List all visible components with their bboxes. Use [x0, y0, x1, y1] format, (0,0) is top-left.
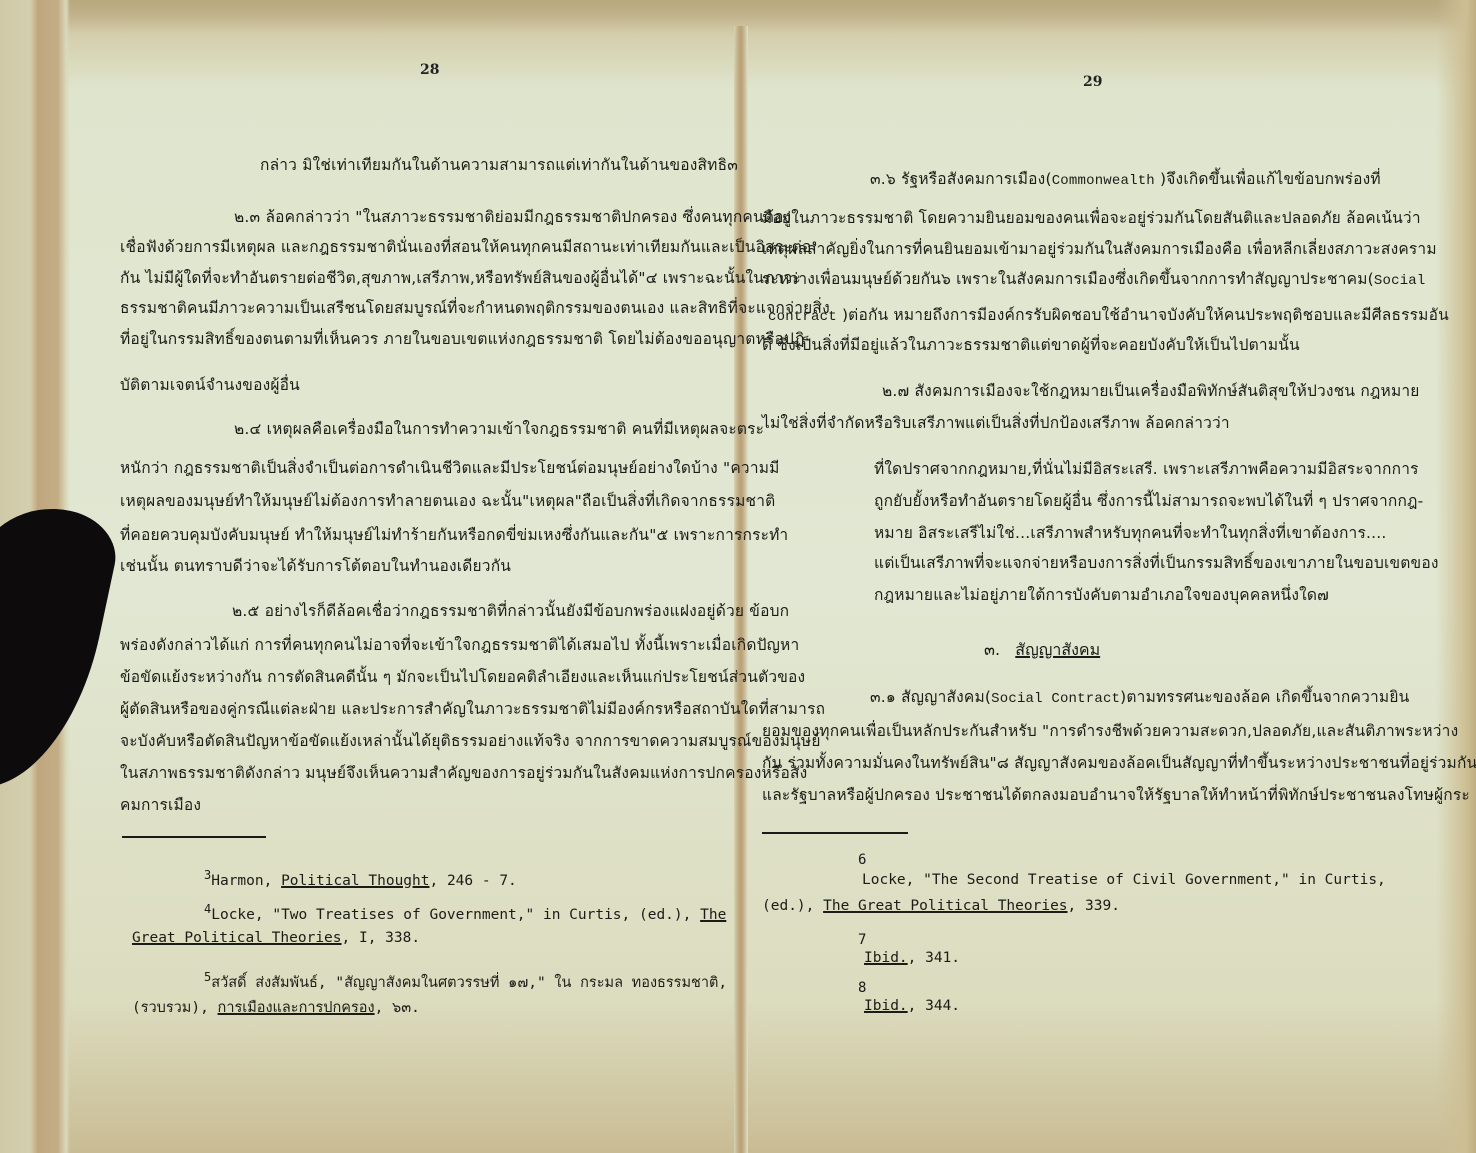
text-line: ดี ซึ่งเป็นสิ่งที่มีอยู่แล้วในภาวะธรรมชา…: [762, 332, 1300, 357]
block-quote-line: แต่เป็นเสรีภาพที่จะแจกจ่ายหรือบงการสิ่งท…: [874, 550, 1439, 575]
text-line: ไม่ใช่สิ่งที่จำกัดหรือริบเสรีภาพแต่เป็นส…: [762, 410, 1230, 435]
text-line: หนักว่า กฎธรรมชาติเป็นสิ่งจำเป็นต่อการดำ…: [120, 455, 780, 480]
text-line: ผู้ตัดสินหรือของคู่กรณีแต่ละฝ่าย และประก…: [120, 696, 825, 721]
text-line: ที่คอยควบคุมบังคับมนุษย์ ทำให้มนุษย์ไม่ท…: [120, 522, 788, 547]
paragraph-2-5-start: ๒.๕ อย่างไรก็ดีล้อคเชื่อว่ากฎธรรมชาติที่…: [232, 598, 789, 623]
section-heading: ๓. สัญญาสังคม: [984, 638, 1100, 663]
footnote-6-continuation: (ed.), The Great Political Theories, 339…: [762, 898, 1120, 914]
footnote-8-number: 8: [858, 980, 866, 996]
footnote-4: 4Locke, "Two Treatises of Government," i…: [204, 902, 726, 923]
footnote-separator: [762, 832, 908, 834]
text-line: เชื่อฟังด้วยการมีเหตุผล และกฎธรรมชาตินั่…: [120, 234, 812, 259]
paragraph-3-1-start: ๓.๑ สัญญาสังคม(Social Contract)ตามทรรศนะ…: [870, 684, 1409, 709]
text-line: และรัฐบาลหรือผู้ปกครอง ประชาชนได้ตกลงมอบ…: [762, 782, 1470, 807]
text-line: เหตุผลสำคัญยิ่งในการที่คนยินยอมเข้ามาอยู…: [762, 236, 1437, 261]
right-page-edge: [1436, 0, 1476, 1153]
paragraph-2-3-start: ๒.๓ ล้อคกล่าวว่า "ในสภาวะธรรมชาติย่อมมีก…: [234, 204, 791, 229]
text-line: ยอมของทุกคนเพื่อเป็นหลักประกันสำหรับ "กา…: [762, 718, 1458, 743]
book-spread: 28 กล่าว มิใช่เท่าเทียมกันในด้านความสามา…: [0, 0, 1476, 1153]
footnote-4-continuation: Great Political Theories, I, 338.: [132, 930, 420, 946]
text-line: กล่าว มิใช่เท่าเทียมกันในด้านความสามารถแ…: [260, 152, 738, 177]
page-number: 28: [420, 62, 439, 78]
paragraph-2-4-start: ๒.๔ เหตุผลคือเครื่องมือในการทำความเข้าใจ…: [234, 416, 764, 441]
left-page: 28 กล่าว มิใช่เท่าเทียมกันในด้านความสามา…: [120, 0, 730, 1153]
text-line: จะบังคับหรือตัดสินปัญหาข้อขัดแย้งเหล่านั…: [120, 728, 821, 753]
footnote-8: Ibid., 344.: [864, 998, 960, 1014]
footnote-6: Locke, "The Second Treatise of Civil Gov…: [862, 872, 1386, 888]
text-line: บัติตามเจตน์จำนงของผู้อื่น: [120, 372, 300, 397]
paragraph-3-6-start: ๓.๖ รัฐหรือสังคมการเมือง(Commonwealth )จ…: [870, 166, 1381, 191]
text-line: เหตุผลของมนุษย์ทำให้มนุษย์ไม่ต้องการทำลา…: [120, 488, 775, 513]
text-line: ธรรมชาติคนมีภาวะความเป็นเสรีชนโดยสมบูรณ์…: [120, 295, 830, 320]
footnote-5: 5สวัสดิ์ ส่งสัมพันธ์, "สัญญาสังคมในศตวรร…: [204, 970, 727, 994]
text-line: กัน ร่วมทั้งความมั่นคงในทรัพย์สิน"๘ สัญญ…: [762, 750, 1476, 775]
footnote-7: Ibid., 341.: [864, 950, 960, 966]
page-number: 29: [1083, 74, 1102, 90]
text-line: มีอยู่ในภาวะธรรมชาติ โดยความยินยอมของคนเ…: [762, 205, 1421, 230]
book-gutter: [734, 26, 748, 1153]
text-line: ระหว่างเพื่อนมนุษย์ด้วยกัน๖ เพราะในสังคม…: [762, 266, 1426, 291]
text-line: กัน ไม่มีผู้ใดที่จะทำอันตรายต่อชีวิต,สุข…: [120, 265, 801, 290]
footnote-5-continuation: (รวบรวม), การเมืองและการปกครอง, ๖๓.: [132, 996, 420, 1019]
text-line: contract )ต่อกัน หมายถึงการมีองค์กรรับผิ…: [768, 302, 1449, 327]
footnote-7-number: 7: [858, 932, 866, 948]
paragraph-2-7-start: ๒.๗ สังคมการเมืองจะใช้กฎหมายเป็นเครื่องม…: [882, 378, 1420, 403]
text-line: เช่นนั้น ตนทราบดีว่าจะได้รับการโต้ตอบในท…: [120, 553, 511, 578]
block-quote-line: หมาย อิสระเสรีไม่ใช่...เสรีภาพสำหรับทุกค…: [874, 520, 1387, 545]
footnote-separator: [122, 836, 266, 838]
block-quote-line: กฎหมายและไม่อยู่ภายใต้การบังคับตามอำเภอใ…: [874, 582, 1329, 607]
text-line: คมการเมือง: [120, 792, 201, 817]
text-line: พร่องดังกล่าวได้แก่ การที่คนทุกคนไม่อาจท…: [120, 632, 799, 657]
text-line: ข้อขัดแย้งระหว่างกัน การตัดสินคดีนั้น ๆ …: [120, 664, 805, 689]
block-quote-line: ถูกยับยั้งหรือทำอันตรายโดยผู้อื่น ซึ่งกา…: [874, 488, 1423, 513]
block-quote-line: ที่ใดปราศจากกฎหมาย,ที่นั่นไม่มีอิสระเสรี…: [874, 456, 1419, 481]
footnote-6-number: 6: [858, 852, 866, 868]
footnote-3: 3Harmon, Political Thought, 246 - 7.: [204, 868, 517, 889]
text-line: ที่อยู่ในกรรมสิทธิ์ของตนตามที่เห็นควร ภา…: [120, 326, 810, 351]
right-page: 29 ๓.๖ รัฐหรือสังคมการเมือง(Commonwealth…: [758, 0, 1408, 1153]
text-line: ในสภาพธรรมชาติดังกล่าว มนุษย์จึงเห็นความ…: [120, 760, 807, 785]
